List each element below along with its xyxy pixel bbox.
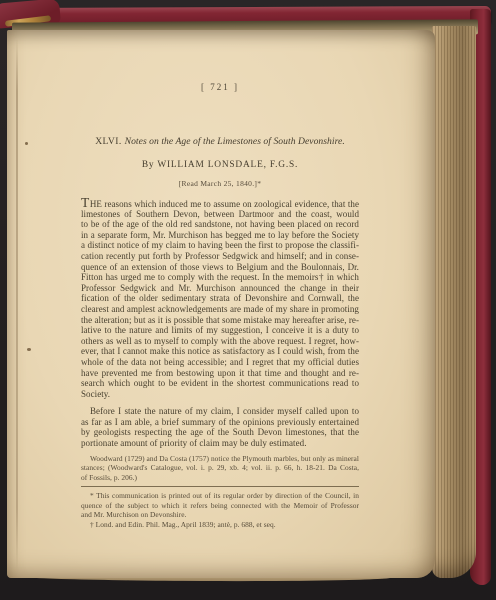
reference-paragraph: Woodward (1729) and Da Costa (1757) noti…: [81, 454, 359, 483]
text-line: THE reasons which induced me to assume o…: [81, 198, 359, 209]
text-line: as far as I am able, a brief summary of …: [81, 417, 359, 428]
text-line: clearest and amplest acknowledgements ar…: [81, 304, 359, 315]
text-line: limestones of Southern Devon, between Da…: [81, 209, 359, 220]
text-line: ever, that I cannot make this notice as …: [81, 346, 359, 357]
footnote-1: * This communication is printed out of i…: [81, 491, 359, 520]
text-line: whole of the data not being accessible; …: [81, 357, 359, 368]
body-paragraph-2: Before I state the nature of my claim, I…: [81, 406, 359, 448]
text-line: in a separate form, Mr. Murchison has be…: [81, 230, 359, 241]
text-line: Woodward (1729) and Da Costa (1757) noti…: [81, 454, 359, 464]
page-number: [ 721 ]: [81, 82, 359, 92]
text-line: a distinct notice of my claim to having …: [81, 240, 359, 251]
page-fore-edge: [432, 26, 476, 578]
text-line: stances; (Woodward's Catalogue, vol. i. …: [81, 463, 359, 473]
text-line: portionate amount of priority of claim m…: [81, 438, 359, 449]
text-line: and Mr. Murchison on Devonshire.: [81, 510, 359, 520]
book-page: [ 721 ] XLVI.Notes on the Age of the Lim…: [7, 30, 435, 578]
text-line: the alteration; but as it is possible th…: [81, 315, 359, 326]
text-line: Before I state the nature of my claim, I…: [81, 406, 359, 417]
text-line: Fitton has urged me to comply with the r…: [81, 272, 359, 283]
page-speck: [25, 142, 28, 145]
article-title: XLVI.Notes on the Age of the Limestones …: [81, 136, 359, 147]
text-line: to be of the age of the old red sandston…: [81, 219, 359, 230]
text-line: quence of an extension of those views to…: [81, 262, 359, 273]
read-date-note: [Read March 25, 1840.]*: [81, 179, 359, 188]
text-line: Professor Sedgwick and Mr. Murchison ann…: [81, 283, 359, 294]
text-line: search which ought to be evident in the …: [81, 378, 359, 389]
text-line: Society.: [81, 389, 359, 400]
text-line: fication of the older sedimentary strata…: [81, 293, 359, 304]
text-line: cation recently put forth by Professor S…: [81, 251, 359, 262]
photo-background: [ 721 ] XLVI.Notes on the Age of the Lim…: [0, 0, 496, 600]
text-line: * This communication is printed out of i…: [81, 491, 359, 501]
text-line: lative to the nature and limits of my su…: [81, 325, 359, 336]
body-paragraph-1: THE reasons which induced me to assume o…: [81, 198, 359, 399]
byline: By WILLIAM LONSDALE, F.G.S.: [81, 160, 359, 170]
text-line: quence of the subject to which it refers…: [81, 501, 359, 511]
footnote-2: † Lond. and Edin. Phil. Mag., April 1839…: [81, 520, 359, 530]
page-speck: [27, 348, 31, 351]
article-title-text: Notes on the Age of the Limestones of So…: [125, 136, 345, 147]
footnote-separator: [81, 486, 359, 487]
article-number: XLVI.: [95, 136, 121, 147]
text-line: by geologists respecting the age of the …: [81, 427, 359, 438]
text-line: have prevented me from bestowing upon it…: [81, 368, 359, 379]
text-line: others as well as to myself to comply wi…: [81, 336, 359, 347]
page-text-block: [ 721 ] XLVI.Notes on the Age of the Lim…: [81, 82, 359, 530]
text-line: of Fossils, p. 206.): [81, 473, 359, 483]
text-line: † Lond. and Edin. Phil. Mag., April 1839…: [81, 520, 359, 530]
